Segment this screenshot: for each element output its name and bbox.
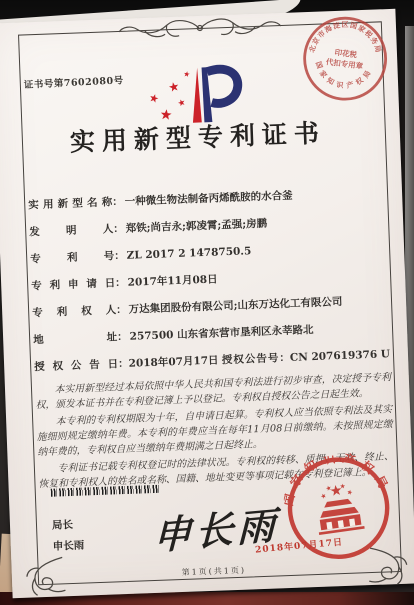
field-row-patentee: 专利权人： 万达集团股份有限公司;山东万达化工有限公司 [32,293,388,320]
field-colon: ： [115,276,126,290]
certificate-paper: 证书号第7602080号 北京市海淀区国家税务局 国家知识产权局 印花税 代扣专… [0,9,414,598]
field-value: 万达集团股份有限公司;山东万达化工有限公司 [126,293,388,317]
director-label: 局长 [52,517,84,533]
field-label: 实用新型名称 [28,195,112,212]
field-value: ZL 2017 2 1478750.5 [124,239,386,263]
field-label: 授权公告日 [34,357,118,374]
field-row-inventors: 发明人： 郑铁;尚吉永;郭凌霄;孟强;房鹏 [29,212,385,239]
national-emblem-icon [312,481,364,535]
field-row-filing-date: 专利申请日： 2017年11月08日 [31,266,387,293]
tax-stamp-center-line2: 代扣专用章 [325,56,364,70]
field-value: 2018年07月17日 [128,354,218,371]
top-border-ornament [104,11,295,46]
field-colon: ： [117,330,128,344]
field-colon: ： [114,249,125,263]
logo-blue-stem [202,67,213,122]
field-value: 2017年11月08日 [125,266,387,290]
field-colon: ： [112,195,123,209]
field-row-patent-number: 专利号： ZL 2017 2 1478750.5 [30,239,386,266]
field-colon: ： [113,222,124,236]
field-label: 专利权人 [32,303,116,320]
field-colon: ： [279,351,290,365]
certificate-body: 实用新型名称： 一种微生物法制备丙烯酰胺的水合釜 发明人： 郑铁;尚吉永;郭凌霄… [28,185,395,494]
grant-row: 授权公告日： 2018年07月17日 授权公告号： CN 207619376 U [34,347,390,374]
field-value: CN 207619376 U [290,347,391,365]
logo-red-wedge [191,68,202,123]
field-label: 专利号 [30,249,114,266]
tax-stamp: 北京市海淀区国家税务局 国家知识产权局 印花税 代扣专用章 [296,10,394,108]
grant-date: 授权公告日： 2018年07月17日 [34,354,219,375]
grant-number: 授权公告号： CN 207619376 U [222,347,391,367]
field-label: 发明人 [29,222,113,239]
logo-stars [148,71,192,121]
director-name: 申长雨 [53,538,85,554]
field-label: 专利申请日 [31,276,115,293]
logo-p-bowl [207,69,239,104]
field-row-address: 地址： 257500 山东省东营市垦利区永莘路北 [33,320,389,347]
field-value: 郑铁;尚吉永;郭凌霄;孟强;房鹏 [123,212,385,236]
photo-background: 证书号第7602080号 北京市海淀区国家税务局 国家知识产权局 印花税 代扣专… [0,0,414,605]
field-value: 257500 山东省东营市垦利区永莘路北 [127,320,389,344]
field-colon: ： [118,357,129,371]
director-block: 局长 申长雨 [52,517,85,554]
field-colon: ： [116,303,127,317]
tax-stamp-center-line1: 印花税 [334,47,358,60]
field-label: 授权公告号 [222,351,280,367]
field-label: 地址 [33,330,117,347]
